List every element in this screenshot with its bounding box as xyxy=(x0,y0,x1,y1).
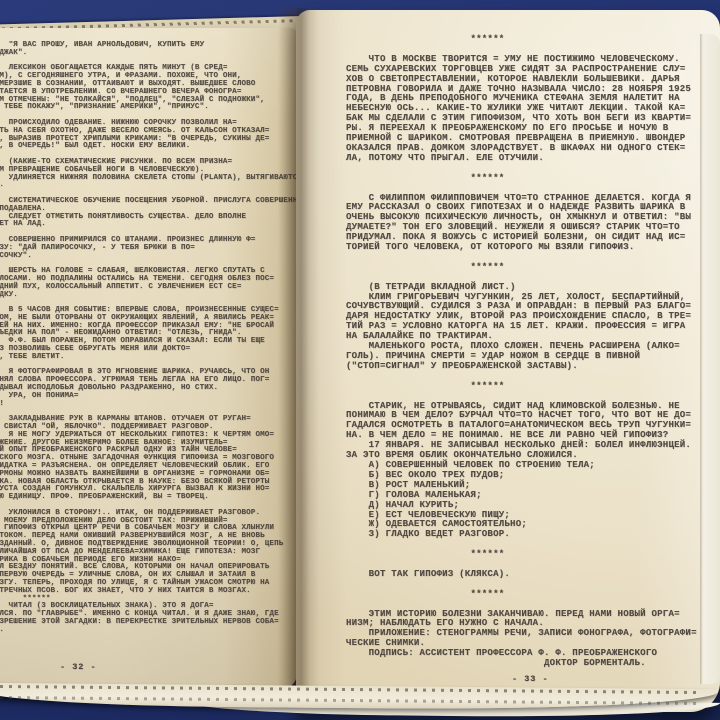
left-page-text: "Я ВАС ПРОШУ, ИВАН АРНОЛЬДОВИЧ, КУПИТЬ Е… xyxy=(0,42,298,635)
left-page: "Я ВАС ПРОШУ, ИВАН АРНОЛЬДОВИЧ, КУПИТЬ Е… xyxy=(0,28,298,692)
page-stack-fore-edge xyxy=(700,34,720,684)
right-page-text: ****** ЧТО В МОСКВЕ ТВОРИТСЯ = УМУ НЕ ПО… xyxy=(346,34,697,668)
left-page-number: - 32 - xyxy=(60,662,97,672)
book-photograph: "Я ВАС ПРОШУ, ИВАН АРНОЛЬДОВИЧ, КУПИТЬ Е… xyxy=(0,0,720,720)
right-page: ****** ЧТО В МОСКВЕ ТВОРИТСЯ = УМУ НЕ ПО… xyxy=(296,10,720,712)
page-edge-dashes xyxy=(0,696,696,705)
right-page-number: - 33 - xyxy=(512,674,549,684)
